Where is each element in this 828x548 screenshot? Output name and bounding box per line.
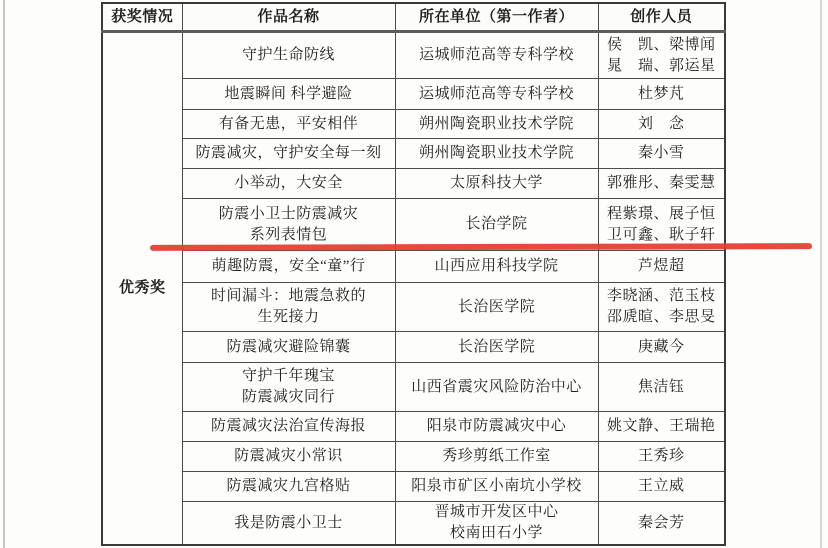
col-header-creators: 创作人员	[598, 3, 725, 32]
table-row: 时间漏斗：地震急救的生死接力长治医学院李晓涵、范玉枝邵虒暄、李思旻	[102, 283, 725, 332]
awards-table-body: 优秀奖守护生命防线运城师范高等专科学校侯 凯、梁博闻晁 瑞、郭运星地震瞬间 科学…	[102, 32, 725, 546]
cell-text-line: 芦煜超	[601, 256, 723, 277]
table-row: 优秀奖守护生命防线运城师范高等专科学校侯 凯、梁博闻晁 瑞、郭运星	[102, 32, 725, 79]
work-name-cell: 我是防震小卫士	[182, 502, 395, 546]
cell-text-line: 萌趣防震，安全“童”行	[185, 256, 393, 277]
cell-text-line: 防震减灾小常识	[185, 446, 393, 467]
cell-text-line: 晁 瑞、郭运星	[601, 56, 723, 77]
cell-text-line: 秦小雪	[601, 143, 723, 164]
cell-text-line: 小举动，大安全	[185, 173, 393, 194]
unit-cell: 长治学院	[395, 199, 598, 251]
cell-text-line: 阳泉市矿区小南坑小学校	[398, 476, 596, 497]
work-name-cell: 防震减灾，守护安全每一刻	[182, 139, 395, 169]
work-name-cell: 防震减灾小常识	[182, 442, 395, 472]
unit-cell: 晋城市开发区中心校南田石小学	[395, 502, 598, 546]
table-row: 地震瞬间 科学避险运城师范高等专科学校杜梦芃	[102, 79, 725, 110]
cell-text-line: 有备无患，平安相伴	[185, 114, 393, 135]
cell-text-line: 刘 念	[601, 114, 723, 135]
cell-text-line: 太原科技大学	[398, 173, 596, 194]
work-name-cell: 萌趣防震，安全“童”行	[182, 251, 395, 283]
cell-text-line: 运城师范高等专科学校	[398, 84, 596, 105]
table-row: 防震减灾九宫格贴阳泉市矿区小南坑小学校王立威	[102, 472, 725, 502]
unit-cell: 运城师范高等专科学校	[395, 32, 598, 79]
cell-text-line: 朔州陶瓷职业技术学院	[398, 114, 596, 135]
work-name-cell: 时间漏斗：地震急救的生死接力	[182, 283, 395, 332]
cell-text-line: 防震减灾九宫格贴	[185, 476, 393, 497]
creators-cell: 杜梦芃	[598, 79, 725, 110]
page-edge-right	[820, 0, 822, 548]
creators-cell: 王立威	[598, 472, 725, 502]
table-row: 防震减灾，守护安全每一刻朔州陶瓷职业技术学院秦小雪	[102, 139, 725, 169]
creators-cell: 焦洁钰	[598, 363, 725, 412]
unit-cell: 山西应用科技学院	[395, 251, 598, 283]
creators-cell: 庚藏今	[598, 332, 725, 363]
work-name-cell: 有备无患，平安相伴	[182, 110, 395, 139]
unit-cell: 朔州陶瓷职业技术学院	[395, 110, 598, 139]
cell-text-line: 郭雅彤、秦雯慧	[601, 173, 723, 194]
unit-cell: 朔州陶瓷职业技术学院	[395, 139, 598, 169]
cell-text-line: 地震瞬间 科学避险	[185, 84, 393, 105]
table-row: 防震减灾避险锦囊长治医学院庚藏今	[102, 332, 725, 363]
document-page: 获奖情况 作品名称 所在单位（第一作者） 创作人员 优秀奖守护生命防线运城师范高…	[0, 0, 828, 548]
cell-text-line: 晋城市开发区中心	[398, 502, 596, 523]
work-name-cell: 防震减灾避险锦囊	[182, 332, 395, 363]
header-row: 获奖情况 作品名称 所在单位（第一作者） 创作人员	[102, 3, 725, 32]
cell-text-line: 侯 凯、梁博闻	[601, 35, 723, 56]
cell-text-line: 防震减灾同行	[185, 387, 393, 408]
cell-text-line: 防震减灾避险锦囊	[185, 337, 393, 358]
page-edge-left	[3, 0, 5, 548]
cell-text-line: 长治学院	[398, 214, 596, 235]
table-row: 守护千年瑰宝防震减灾同行山西省震灾风险防治中心焦洁钰	[102, 363, 725, 412]
cell-text-line: 邵虒暄、李思旻	[601, 307, 723, 328]
work-name-cell: 守护生命防线	[182, 32, 395, 79]
cell-text-line: 程紫璟、展子恒	[601, 204, 723, 225]
cell-text-line: 秦会芳	[601, 513, 723, 534]
cell-text-line: 王立威	[601, 476, 723, 497]
unit-cell: 阳泉市防震减灾中心	[395, 412, 598, 442]
table-row: 防震减灾小常识秀珍剪纸工作室王秀珍	[102, 442, 725, 472]
cell-text-line: 长治医学院	[398, 337, 596, 358]
cell-text-line: 长治医学院	[398, 297, 596, 318]
table-row: 小举动，大安全太原科技大学郭雅彤、秦雯慧	[102, 169, 725, 199]
work-name-cell: 防震减灾九宫格贴	[182, 472, 395, 502]
creators-cell: 刘 念	[598, 110, 725, 139]
cell-text-line: 防震减灾，守护安全每一刻	[185, 143, 393, 164]
cell-text-line: 我是防震小卫士	[185, 513, 393, 534]
creators-cell: 芦煜超	[598, 251, 725, 283]
cell-text-line: 运城师范高等专科学校	[398, 45, 596, 66]
cell-text-line: 时间漏斗：地震急救的	[185, 286, 393, 307]
creators-cell: 李晓涵、范玉枝邵虒暄、李思旻	[598, 283, 725, 332]
cell-text-line: 王秀珍	[601, 446, 723, 467]
awards-table: 获奖情况 作品名称 所在单位（第一作者） 创作人员 优秀奖守护生命防线运城师范高…	[101, 2, 726, 546]
award-category-cell: 优秀奖	[102, 32, 182, 546]
creators-cell: 秦小雪	[598, 139, 725, 169]
creators-cell: 郭雅彤、秦雯慧	[598, 169, 725, 199]
work-name-cell: 防震减灾法治宣传海报	[182, 412, 395, 442]
cell-text-line: 焦洁钰	[601, 377, 723, 398]
work-name-cell: 守护千年瑰宝防震减灾同行	[182, 363, 395, 412]
cell-text-line: 山西应用科技学院	[398, 256, 596, 277]
cell-text-line: 守护生命防线	[185, 45, 393, 66]
cell-text-line: 防震小卫士防震减灾	[185, 204, 393, 225]
cell-text-line: 姚文静、王瑞艳	[601, 416, 723, 437]
creators-cell: 侯 凯、梁博闻晁 瑞、郭运星	[598, 32, 725, 79]
cell-text-line: 秀珍剪纸工作室	[398, 446, 596, 467]
table-row: 有备无患，平安相伴朔州陶瓷职业技术学院刘 念	[102, 110, 725, 139]
work-name-cell: 地震瞬间 科学避险	[182, 79, 395, 110]
cell-text-line: 校南田石小学	[398, 523, 596, 544]
col-header-unit: 所在单位（第一作者）	[395, 3, 598, 32]
unit-cell: 太原科技大学	[395, 169, 598, 199]
cell-text-line: 朔州陶瓷职业技术学院	[398, 143, 596, 164]
col-header-award-status: 获奖情况	[102, 3, 182, 32]
unit-cell: 秀珍剪纸工作室	[395, 442, 598, 472]
cell-text-line: 山西省震灾风险防治中心	[398, 377, 596, 398]
cell-text-line: 生死接力	[185, 307, 393, 328]
cell-text-line: 庚藏今	[601, 337, 723, 358]
cell-text-line: 防震减灾法治宣传海报	[185, 416, 393, 437]
unit-cell: 阳泉市矿区小南坑小学校	[395, 472, 598, 502]
cell-text-line: 卫可鑫、耿子轩	[601, 225, 723, 246]
creators-cell: 秦会芳	[598, 502, 725, 546]
cell-text-line: 阳泉市防震减灾中心	[398, 416, 596, 437]
unit-cell: 山西省震灾风险防治中心	[395, 363, 598, 412]
work-name-cell: 小举动，大安全	[182, 169, 395, 199]
unit-cell: 运城师范高等专科学校	[395, 79, 598, 110]
cell-text-line: 系列表情包	[185, 225, 393, 246]
unit-cell: 长治医学院	[395, 283, 598, 332]
cell-text-line: 守护千年瑰宝	[185, 366, 393, 387]
table-row: 我是防震小卫士晋城市开发区中心校南田石小学秦会芳	[102, 502, 725, 546]
creators-cell: 姚文静、王瑞艳	[598, 412, 725, 442]
awards-table-header: 获奖情况 作品名称 所在单位（第一作者） 创作人员	[102, 3, 725, 32]
unit-cell: 长治医学院	[395, 332, 598, 363]
creators-cell: 王秀珍	[598, 442, 725, 472]
table-row: 萌趣防震，安全“童”行山西应用科技学院芦煜超	[102, 251, 725, 283]
col-header-work-name: 作品名称	[182, 3, 395, 32]
work-name-cell: 防震小卫士防震减灾系列表情包	[182, 199, 395, 251]
table-row: 防震减灾法治宣传海报阳泉市防震减灾中心姚文静、王瑞艳	[102, 412, 725, 442]
cell-text-line: 李晓涵、范玉枝	[601, 286, 723, 307]
cell-text-line: 杜梦芃	[601, 84, 723, 105]
